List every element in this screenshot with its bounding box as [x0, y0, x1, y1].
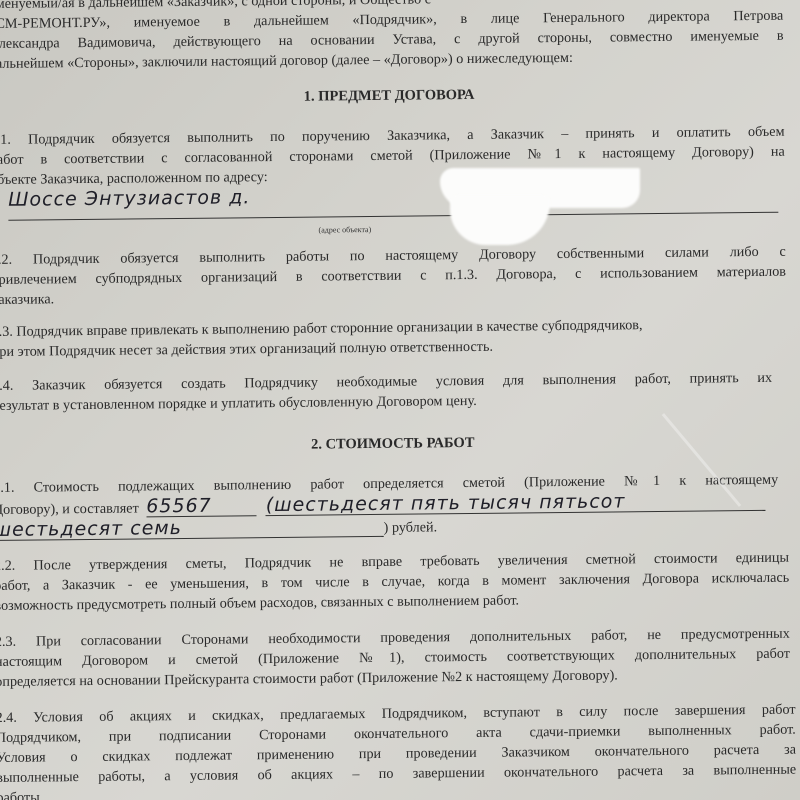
currency-suffix: ) рублей.	[384, 519, 438, 536]
amount-digits: 65567	[146, 495, 256, 517]
address-caption: (адрес объекта)	[318, 220, 371, 241]
amount-words-continued: шестьдесят семь	[0, 516, 384, 541]
address-handwritten: Шоссе Энтузиастов д.	[8, 186, 250, 211]
address-field: Шоссе Энтузиастов д.	[8, 182, 778, 221]
redaction-mark	[450, 195, 550, 245]
clause-1-2: Заказчика.	[0, 289, 54, 310]
clause-2-4: работы.	[0, 787, 43, 800]
clause-1-4: результат в установленном порядке и упла…	[0, 391, 477, 416]
clause-2-1-prefix: Договору), и составляет	[0, 500, 139, 518]
clause-2-2: возможность предусмотреть полный объем р…	[0, 590, 519, 615]
section-2-title: 2. СТОИМОСТЬ РАБОТ	[0, 430, 793, 458]
amount-words: (шестьдесят пять тысяч пятьсот	[266, 490, 766, 516]
clause-1-3: при этом Подрядчик несет за действия эти…	[0, 337, 493, 362]
section-1-title: 1. ПРЕДМЕТ ДОГОВОРА	[0, 82, 789, 110]
clause-2-1: шестьдесят семь) рублей.	[0, 515, 437, 542]
